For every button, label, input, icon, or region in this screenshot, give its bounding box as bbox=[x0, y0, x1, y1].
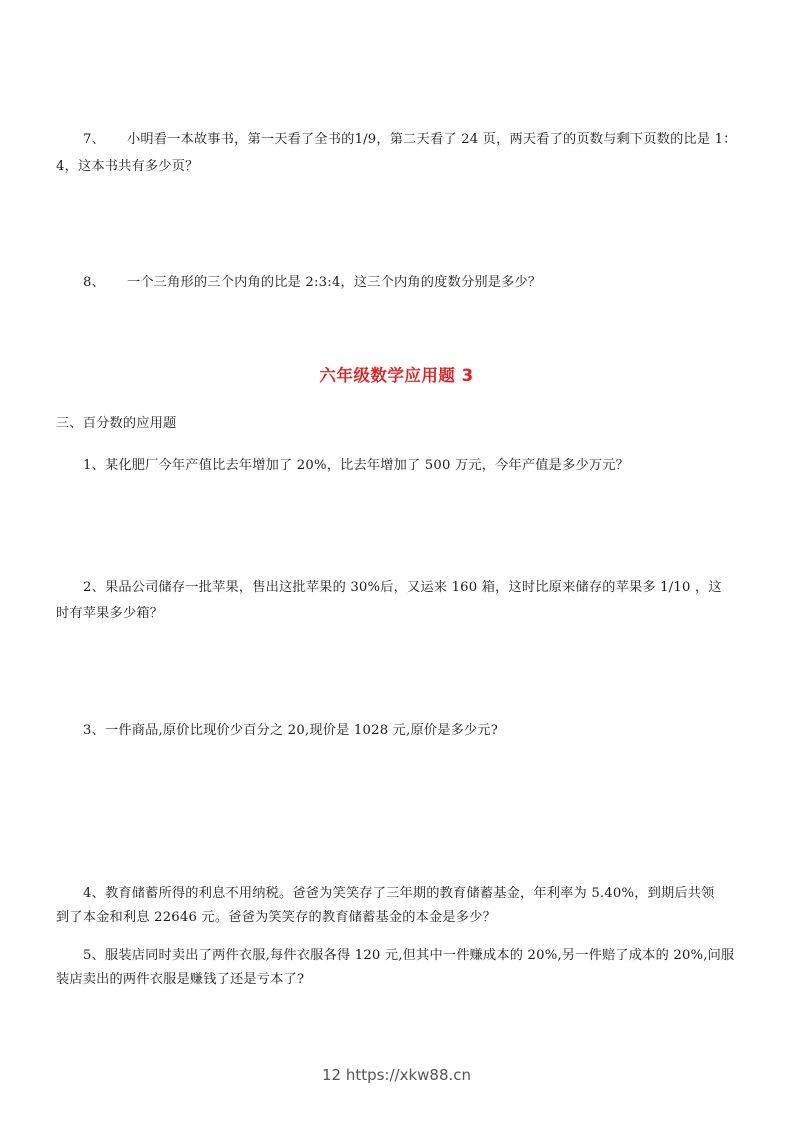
question-text: 小明看一本故事书，第一天看了全书的1/9，第二天看了 24 页，两天看了的页数与… bbox=[127, 132, 737, 147]
page-footer: 12 https://xkw88.cn bbox=[0, 1066, 793, 1084]
question-text-cont: 到了本金和利息 22646 元。爸爸为笑笑存的教育储蓄基金的本金是多少？ bbox=[56, 904, 740, 931]
question-text: 4、教育储蓄所得的利息不用纳税。爸爸为笑笑存了三年期的教育储蓄基金，年利率为 5… bbox=[56, 880, 767, 907]
question-text-cont: 时有苹果多少箱？ bbox=[56, 600, 740, 627]
question-text: 5、服装店同时卖出了两件衣服,每件衣服各得 120 元,但其中一件赚成本的 20… bbox=[56, 942, 767, 969]
question-text: 2、果品公司储存一批苹果，售出这批苹果的 30%后，又运来 160 箱，这时比原… bbox=[56, 574, 767, 601]
section-heading: 三、百分数的应用题 bbox=[56, 410, 740, 437]
worksheet-title: 六年级数学应用题 3 bbox=[0, 362, 793, 386]
question-text: 1、某化肥厂今年产值比去年增加了 20%，比去年增加了 500 万元，今年产值是… bbox=[56, 452, 767, 479]
question-text: 3、一件商品,原价比现价少百分之 20,现价是 1028 元,原价是多少元? bbox=[56, 717, 767, 744]
question-text: 一个三角形的三个内角的比是 2:3:4，这三个内角的度数分别是多少？ bbox=[127, 275, 541, 290]
question-number: 8、 bbox=[83, 269, 105, 296]
question-text-cont: 4，这本书共有多少页？ bbox=[56, 153, 740, 180]
question-number: 7、 bbox=[83, 126, 105, 153]
question-text-cont: 装店卖出的两件衣服是赚钱了还是亏本了? bbox=[56, 966, 740, 993]
